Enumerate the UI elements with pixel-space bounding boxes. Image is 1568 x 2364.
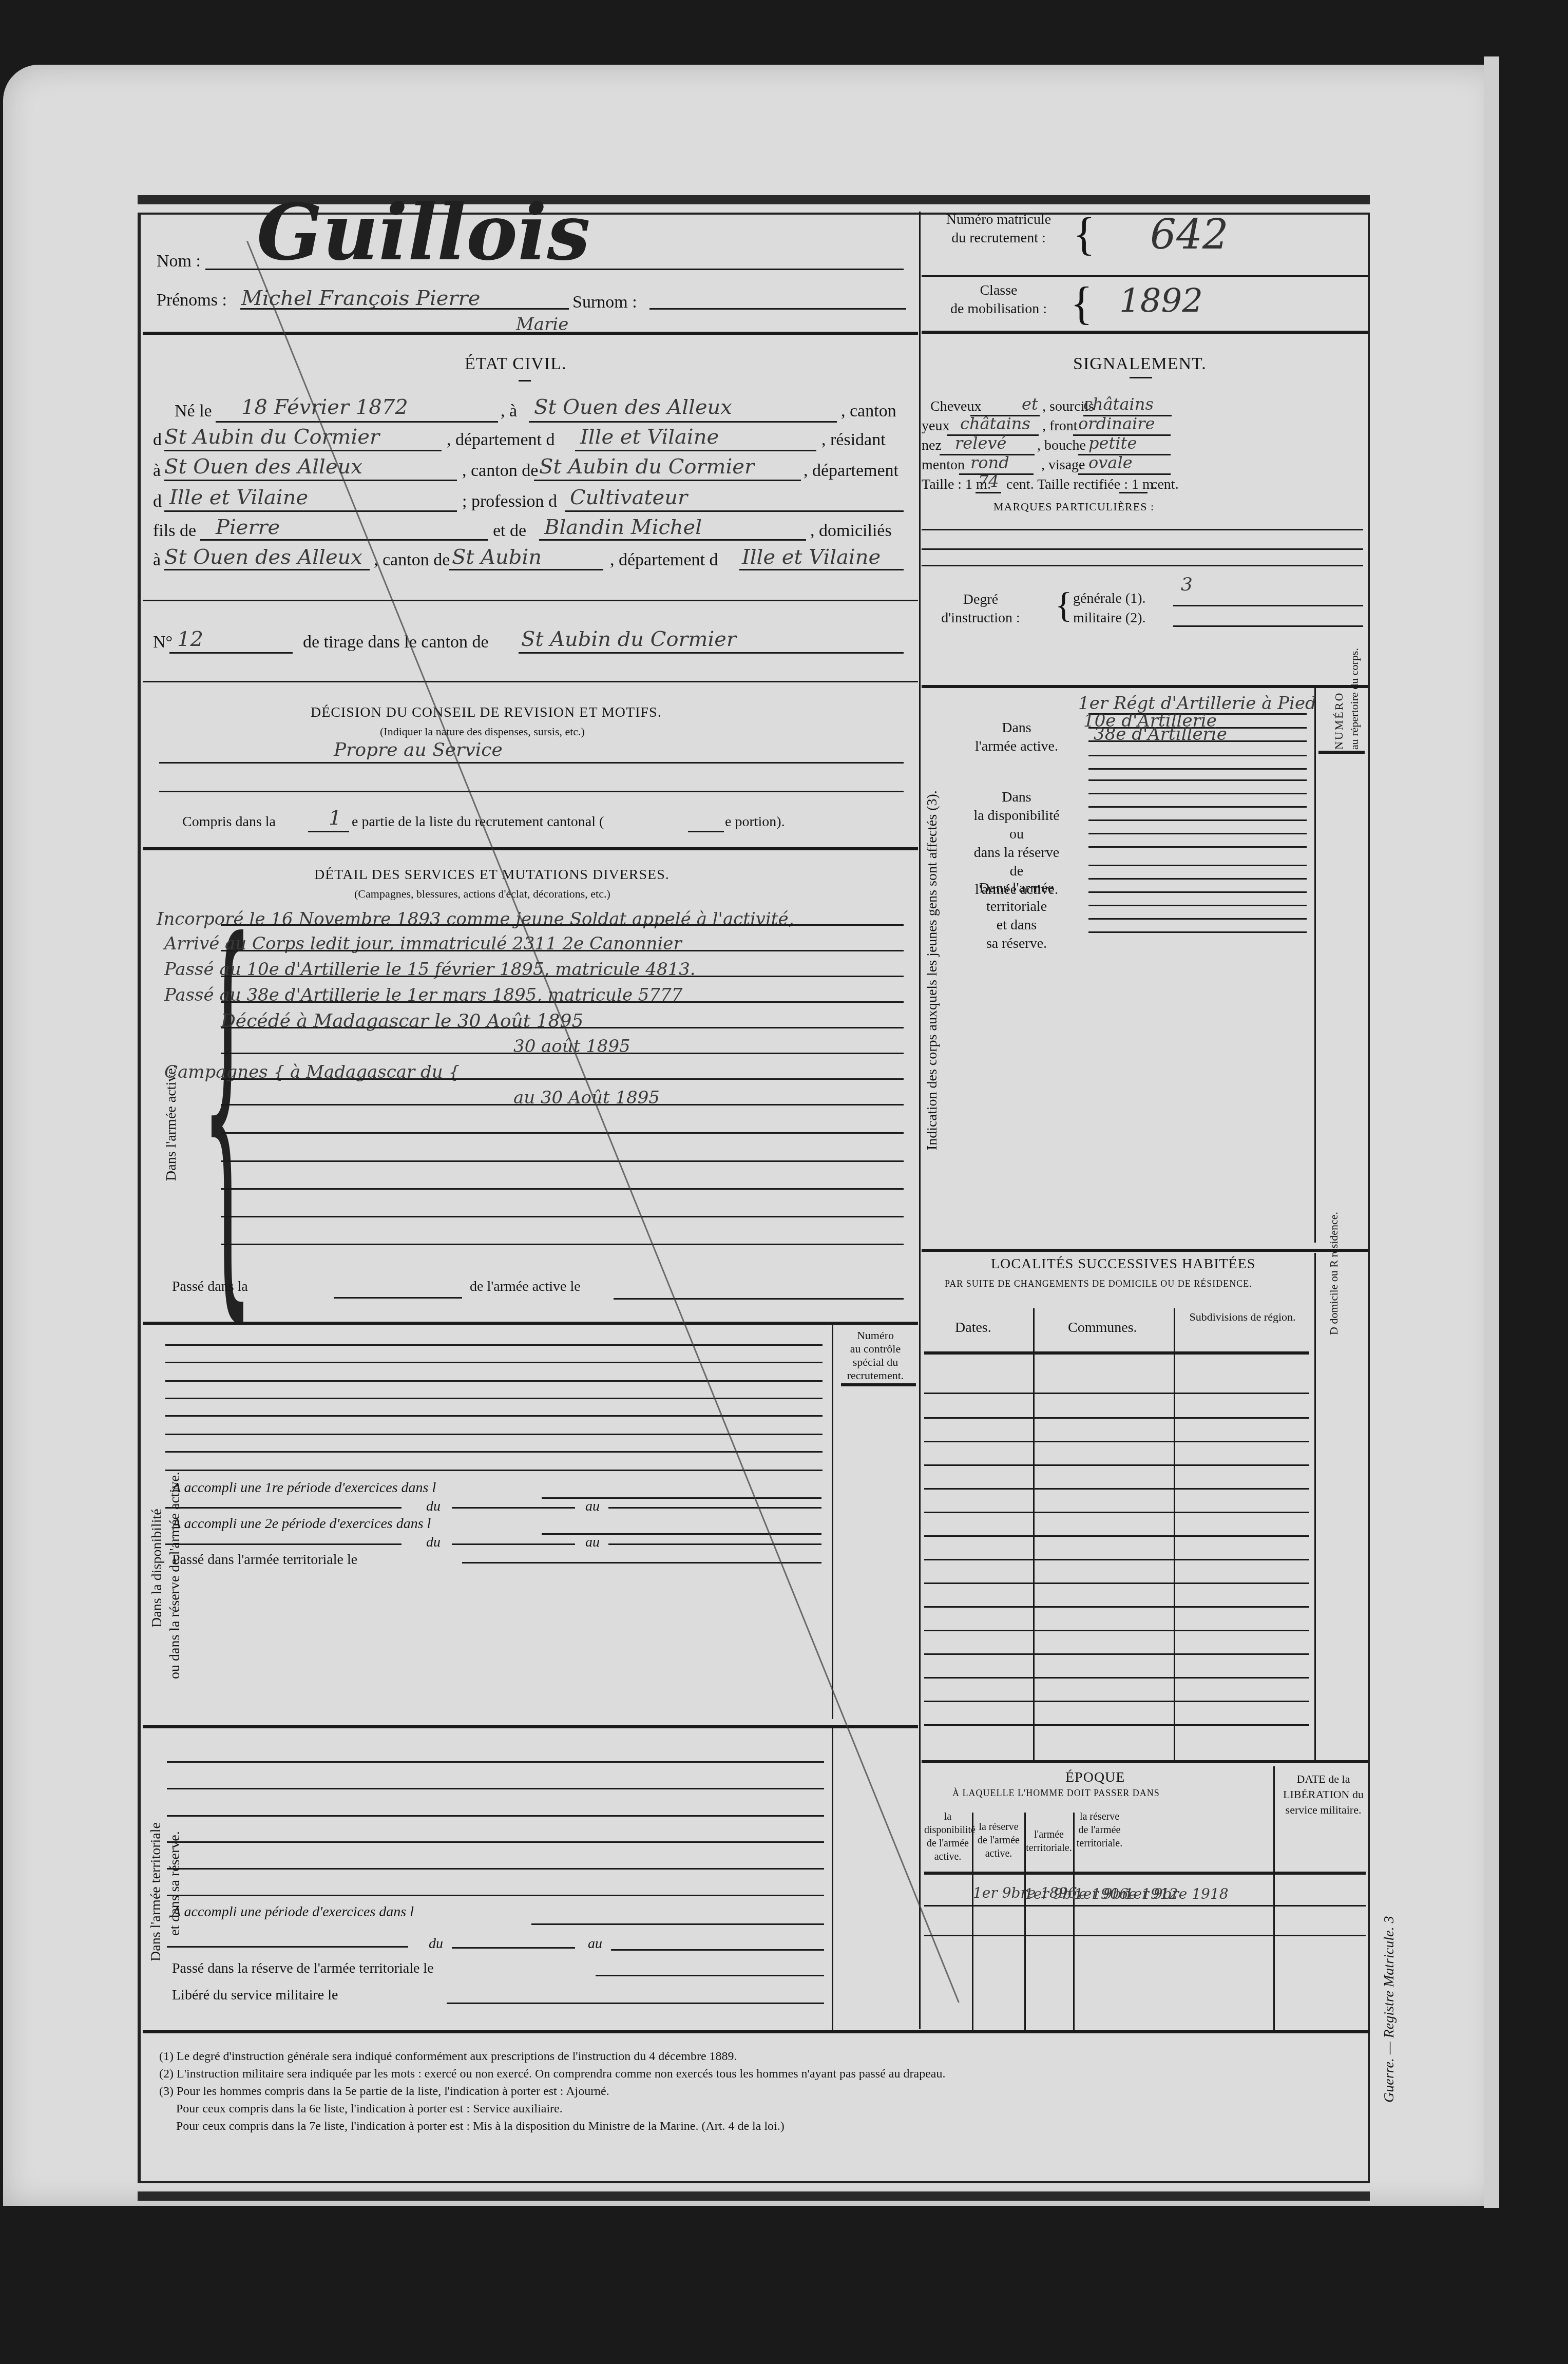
numero-label-2: au répertoire du corps. [1348,648,1361,750]
periode1-au-underline [608,1507,821,1509]
disponibilite-line [165,1470,823,1471]
pere-underline [200,539,488,541]
affectation-territoriale-line [1088,931,1307,933]
affectation-disponibilite-line [1088,846,1307,848]
classe-brace: { [1070,277,1093,330]
localites-row-line [924,1464,1309,1466]
bouche-label: , bouche [1037,437,1086,454]
footnote: (3) Pour les hommes compris dans la 5e p… [159,2083,945,2100]
disponibilite-line [165,1451,823,1453]
localites-title: LOCALITÉS SUCCESSIVES HABITÉES [991,1256,1255,1272]
service-line [221,924,904,926]
services-subtitle: (Campagnes, blessures, actions d'éclat, … [354,887,610,901]
fils-de-label: fils de [153,521,196,541]
localites-col-dates: Dates. [955,1320,991,1336]
localites-row-line [924,1559,1309,1560]
affectation-disponibilite-line [1088,806,1307,808]
signalement-title: SIGNALEMENT. [1073,354,1207,374]
res-departement-value[interactable]: Ille et Vilaine [169,486,308,509]
localites-row-line [924,1417,1309,1419]
epoque-col-header: la disponibilité de l'armée active. [924,1810,971,1863]
passe-territoriale-underline [462,1562,821,1564]
affectation-disponibilite-line [1088,793,1307,794]
affectation-territoriale-line [1088,891,1307,893]
classe-rule [922,331,1368,334]
footnote: (2) L'instruction militaire sera indiqué… [159,2065,945,2083]
periode2-du-label: du [426,1534,441,1551]
profession-value[interactable]: Cultivateur [570,486,687,509]
disponibilite-side-label-1: Dans la disponibilité [149,1509,165,1628]
service-line [221,1027,904,1028]
disponibilite-label-line: ou [955,825,1078,844]
decision-line-1 [159,762,904,764]
periode2-au-label: au [585,1534,600,1551]
nez-value[interactable]: relevé [955,433,1006,453]
res-canton-value[interactable]: St Aubin du Cormier [539,455,754,479]
dom-canton-value[interactable]: St Aubin [452,545,542,569]
res-canton-underline [534,480,801,481]
service-entry[interactable]: Incorporé le 16 Novembre 1893 comme jeun… [157,909,794,929]
epoque-col-header: l'armée territoriale. [1026,1828,1072,1855]
affectation-side-label: Indication des corps auxquels les jeunes… [924,790,941,1150]
passe-underline-1 [334,1297,462,1299]
prenoms-underline [240,308,569,310]
controle-header-rule [841,1383,916,1386]
decision-line-2 [159,791,904,792]
disponibilite-line [165,1398,823,1399]
taille-rect-underline [1119,492,1148,493]
profession-label: ; profession d [462,492,557,511]
periode1-start-underline [165,1507,401,1509]
passe-label-1: Passé dans la [172,1279,248,1295]
menton-value[interactable]: rond [970,453,1009,472]
domicilies-label: , domiciliés [810,521,892,541]
register-footer: Guerre. — Registre Matricule. 3 [1381,1916,1398,2103]
localites-subtitle: PAR SUITE DE CHANGEMENTS DE DOMICILE OU … [945,1279,1252,1289]
tirage-no-underline [169,652,293,654]
disponibilite-line [165,1434,823,1435]
passe-underline-2 [614,1298,904,1300]
affectation-territoriale-label: Dans l'armée territoriale et dans sa rés… [955,879,1078,953]
dom-value[interactable]: St Ouen des Alleux [164,545,362,569]
passe-label-2: de l'armée active le [470,1279,581,1295]
disponibilite-line [165,1344,823,1346]
periode1-du-underline [452,1507,575,1509]
territoriale-line [167,1841,824,1843]
territoriale-line [167,1761,824,1763]
numero-label-line-2: du recrutement : [929,229,1068,247]
nom-underline [205,269,904,270]
periode2-du-underline [452,1543,575,1545]
classe-value[interactable]: 1892 [1119,282,1203,320]
service-line [221,1053,904,1054]
localites-col-divider [1174,1308,1175,1760]
matricule-rule [922,275,1368,277]
affectation-territoriale-line [1088,865,1307,866]
tirage-canton-underline [519,652,904,654]
etat-civil-title: ÉTAT CIVIL. [465,354,566,374]
disponibilite-label-line: de [955,862,1078,881]
territoriale-label-line: sa réserve. [955,935,1078,953]
territoriale-periode-underline [531,1923,824,1925]
service-line [221,976,904,977]
affectation-active-label: Dans l'armée active. [955,719,1078,756]
tirage-canton-value[interactable]: St Aubin du Cormier [521,627,736,651]
localites-row-line [924,1488,1309,1490]
active-label-line: l'armée active. [955,737,1078,756]
localites-row-line [924,1512,1309,1513]
affectation-disponibilite-line [1088,819,1307,821]
res-departement-underline [164,510,457,512]
disponibilite-label-line: dans la réserve [955,844,1078,862]
lieu-underline [529,421,837,423]
taille-cent-label: cent. Taille rectifiée : 1 m. [1006,476,1157,493]
numero-matricule-value[interactable]: 642 [1150,211,1229,258]
yeux-label: yeux [922,418,949,434]
footnote-text: Le degré d'instruction générale sera ind… [177,2050,737,2063]
territoriale-label-line: territoriale [955,898,1078,916]
service-line [221,1188,904,1190]
periode1-du-label: du [426,1498,441,1515]
localites-row-line [924,1677,1309,1679]
controle-header: Numéro au contrôle spécial du recrutemen… [837,1329,914,1382]
controle-header-line: Numéro [837,1329,914,1342]
decision-rule [143,847,918,850]
affectation-active-line [1088,755,1307,756]
cheveux-label: Cheveux [930,398,982,415]
disponibilite-side-label-2: ou dans la réserve de l'armée active. [167,1472,183,1679]
dom-departement-value[interactable]: Ille et Vilaine [742,545,881,569]
generale-label: générale (1). [1073,590,1145,607]
degre-label-line-1: Degré [929,590,1032,609]
localites-col-divider [1033,1308,1035,1760]
liberation-header: DATE de la LIBÉRATION du service militai… [1278,1771,1368,1818]
mere-underline [539,539,806,541]
affectation-disponibilite-line [1088,833,1307,834]
passe-territoriale-label: Passé dans l'armée territoriale le [172,1552,357,1568]
compris-underline [308,831,349,832]
nez-label: nez [922,437,942,454]
disponibilite-rule [143,1725,918,1728]
numero-column-divider [1314,688,1316,1243]
decision-subtitle: (Indiquer la nature des dispenses, sursi… [380,725,585,738]
localites-rule [922,1760,1368,1763]
periode2-underline [542,1533,821,1535]
profession-underline [565,510,904,512]
column-divider [919,212,921,2029]
localites-row-line [924,1393,1309,1394]
militaire-underline [1173,625,1363,627]
res-departement-label: , département [804,461,898,481]
territoriale-rule [143,2030,1370,2033]
cent-label: cent. [1151,476,1179,493]
territoriale-label-line: et dans [955,916,1078,935]
localites-row-line [924,1724,1309,1726]
periode1-label: A accompli une 1re période d'exercices d… [172,1480,436,1496]
epoque-col-header: la réserve de l'armée active. [974,1820,1023,1860]
affectation-disponibilite-line [1088,779,1307,781]
decision-title: DÉCISION DU CONSEIL DE REVISION ET MOTIF… [311,704,662,721]
mere-value[interactable]: Blandin Michel [544,516,702,539]
etat-civil-rule [143,600,918,601]
territoriale-line [167,1895,824,1896]
service-line [221,1132,904,1134]
territoriale-au-label: au [588,1936,602,1952]
affectation-rule [922,1249,1368,1252]
affectation-territoriale-line [1088,878,1307,880]
surnom-underline [649,308,906,310]
portion-underline [688,831,724,832]
passe-reserve-label: Passé dans la réserve de l'armée territo… [172,1960,434,1977]
localites-row-line [924,1606,1309,1608]
footnote: Pour ceux compris dans la 7e liste, l'in… [159,2118,945,2135]
libere-label: Libéré du service militaire le [172,1987,338,2004]
marques-line [922,529,1363,530]
surnom-label: Surnom : [572,293,637,312]
degre-label-line-2: d'instruction : [929,609,1032,627]
numero-matricule-label: Numéro matricule du recrutement : [929,211,1068,247]
epoque-row-line [924,1935,1366,1936]
tirage-rule [143,681,918,682]
visage-value[interactable]: ovale [1088,453,1133,472]
numero-header-rule [1318,751,1365,754]
footnote: (1) Le degré d'instruction générale sera… [159,2048,945,2065]
generale-value[interactable]: 3 [1181,574,1193,595]
territoriale-au-underline [611,1949,824,1951]
territoriale-line [167,1815,824,1817]
controle-header-line: recrutement. [837,1369,914,1382]
periode1-au-label: au [585,1498,600,1515]
localites-row-line [924,1583,1309,1584]
disponibilite-label-line: Dans [955,788,1078,807]
residant-label: , résidant [821,430,886,450]
page-edge [1484,56,1499,2208]
service-line [221,1078,904,1080]
footnote-text: Pour ceux compris dans la 7e liste, l'in… [176,2120,785,2133]
canton-value[interactable]: St Aubin du Cormier [164,425,379,449]
epoque-row-line [924,1905,1366,1907]
liberation-value[interactable]: 1er 9bre 1918 [1124,1885,1229,1902]
territoriale-label-line: Dans l'armée [955,879,1078,898]
front-value[interactable]: ordinaire [1078,414,1155,433]
residant-prefix: à [153,461,161,481]
menton-label: menton [922,457,965,473]
service-line [221,1001,904,1003]
affectation-active-line [1088,768,1307,770]
ne-le-value[interactable]: 18 Février 1872 [241,395,408,419]
service-line [221,1216,904,1217]
degre-brace: { [1055,585,1073,626]
tirage-label: de tirage dans le canton de [303,633,489,652]
periode2-au-underline [608,1543,821,1545]
lieu-naissance-value[interactable]: St Ouen des Alleux [534,395,732,419]
canton-prefix: d [153,430,162,450]
militaire-label: militaire (2). [1073,610,1146,626]
localites-row-line [924,1535,1309,1537]
prenoms-value[interactable]: Michel François Pierre [241,287,480,310]
cheveux-value[interactable]: et [1022,394,1038,414]
epoque-subtitle: À LAQUELLE L'HOMME DOIT PASSER DANS [952,1788,1160,1799]
disponibilite-label-line: la disponibilité [955,807,1078,825]
marques-line [922,565,1363,566]
affectation-territoriale-line [1088,905,1307,906]
dom-underline [164,569,370,570]
instruction-rule [922,685,1368,688]
services-rule [143,1322,918,1325]
et-de-label: et de [493,521,526,541]
periode2-label: A accompli une 2e période d'exercices da… [172,1516,431,1532]
dom-canton-label: , canton de [374,550,450,570]
degre-label: Degré d'instruction : [929,590,1032,627]
disponibilite-line [165,1362,823,1363]
pere-value[interactable]: Pierre [216,516,280,539]
footnote-text: Pour ceux compris dans la 6e liste, l'in… [176,2102,563,2115]
epoque-col-header: la réserve de l'armée territoriale. [1075,1810,1124,1850]
dom-departement-label: , département d [610,550,718,570]
classe-label-line-2: de mobilisation : [929,300,1068,318]
services-brace: { [201,893,254,1321]
service-line [221,1160,904,1162]
localites-row-line [924,1653,1309,1655]
departement-underline [575,450,816,451]
libere-underline [447,2003,824,2004]
marques-label: MARQUES PARTICULIÈRES : [993,500,1154,513]
a-label: , à [501,402,517,421]
affectation-active-line [1088,740,1307,742]
footnote-mark: (1) [159,2050,174,2063]
classe-label: Classe de mobilisation : [929,281,1068,318]
territoriale-column-divider [832,1727,833,2030]
numero-label-line-1: Numéro matricule [929,211,1068,229]
front-label: , front [1042,418,1077,434]
sourcils-value[interactable]: châtains [1083,394,1154,414]
yeux-value[interactable]: châtains [960,414,1030,433]
prenoms-label: Prénoms : [157,291,227,310]
territoriale-periode-label: A accompli une période d'exercices dans … [172,1904,414,1920]
disponibilite-line [165,1380,823,1382]
service-line [221,950,904,951]
dom-departement-underline [739,569,904,570]
localites-side-column: D domicile ou R résidence. [1327,1212,1341,1335]
footnote-mark: (3) [159,2085,174,2098]
signalement-dash [1130,377,1152,378]
numero-label-1: NUMÉRO [1332,692,1346,750]
tirage-no-label: N° [153,633,173,652]
res-departement-prefix: d [153,492,162,511]
footnote: Pour ceux compris dans la 6e liste, l'in… [159,2100,945,2118]
localites-side-divider [1314,1253,1316,1761]
territoriale-du-label: du [429,1936,443,1952]
localites-row-line [924,1701,1309,1702]
departement-value[interactable]: Ille et Vilaine [580,425,719,449]
marques-line [922,548,1363,550]
service-line [221,1104,904,1105]
localites-row-line [924,1441,1309,1442]
services-title: DÉTAIL DES SERVICES ET MUTATIONS DIVERSE… [314,867,670,883]
compris-label-2: e partie de la liste du recrutement cant… [352,814,604,830]
residant-value[interactable]: St Ouen des Alleux [164,455,362,479]
classe-label-line-1: Classe [929,281,1068,300]
visage-label: , visage [1041,457,1085,473]
footnote-mark: (2) [159,2067,174,2081]
taille-value[interactable]: 74 [978,471,999,491]
footnotes: (1) Le degré d'instruction générale sera… [159,2048,945,2135]
controle-header-line: spécial du [837,1356,914,1369]
localites-col-subdivisions: Subdivisions de région. [1178,1310,1307,1324]
periode1-underline [542,1497,821,1499]
dom-prefix: à [153,550,161,570]
localites-col-communes: Communes. [1068,1320,1137,1336]
localites-header-rule [924,1351,1309,1355]
visage-underline [1078,473,1171,475]
footnote-text: Pour les hommes compris dans la 5e parti… [177,2085,609,2098]
tirage-no-value[interactable]: 12 [177,627,203,651]
generale-underline [1173,605,1363,606]
dom-canton-underline [449,569,603,570]
territoriale-side-label-1: Dans l'armée territoriale [148,1822,164,1961]
identity-bottom-rule [143,332,918,335]
residant-underline [164,480,457,481]
controle-column-divider [832,1324,833,1719]
res-canton-label: , canton de [462,461,538,481]
epoque-col-divider [1073,1813,1075,2031]
affectation-territoriale-line [1088,918,1307,920]
service-line [221,1244,904,1245]
passe-reserve-underline [596,1975,824,1976]
canton-label: , canton [841,402,896,421]
bouche-value[interactable]: petite [1088,433,1137,453]
epoque-col-divider [972,1813,973,2031]
canton-underline [164,450,442,451]
active-label-line: Dans [955,719,1078,737]
disponibilite-line [165,1415,823,1417]
ne-le-underline [216,421,498,423]
liberation-divider [1273,1766,1275,2031]
epoque-title: ÉPOQUE [1065,1769,1125,1786]
departement-label: , département d [447,430,555,450]
territoriale-du-underline [452,1947,575,1949]
decision-value[interactable]: Propre au Service [334,739,503,760]
controle-header-line: au contrôle [837,1342,914,1356]
taille-underline [976,492,1001,493]
nom-value[interactable]: Guillois [257,187,590,278]
footnote-text: L'instruction militaire sera indiquée pa… [177,2067,945,2081]
epoque-header-rule [924,1872,1366,1875]
ne-le-label: Né le [175,402,212,421]
periode2-start-underline [165,1543,401,1545]
title-dash [519,380,531,382]
compris-label-3: e portion). [725,814,785,830]
compris-value[interactable]: 1 [329,806,341,830]
nom-label: Nom : [157,252,201,271]
territoriale-line [167,1868,824,1870]
compris-label-1: Compris dans la [182,814,276,830]
territoriale-start-underline [167,1946,408,1948]
matricule-brace: { [1073,208,1095,261]
territoriale-line [167,1788,824,1789]
localites-row-line [924,1630,1309,1631]
